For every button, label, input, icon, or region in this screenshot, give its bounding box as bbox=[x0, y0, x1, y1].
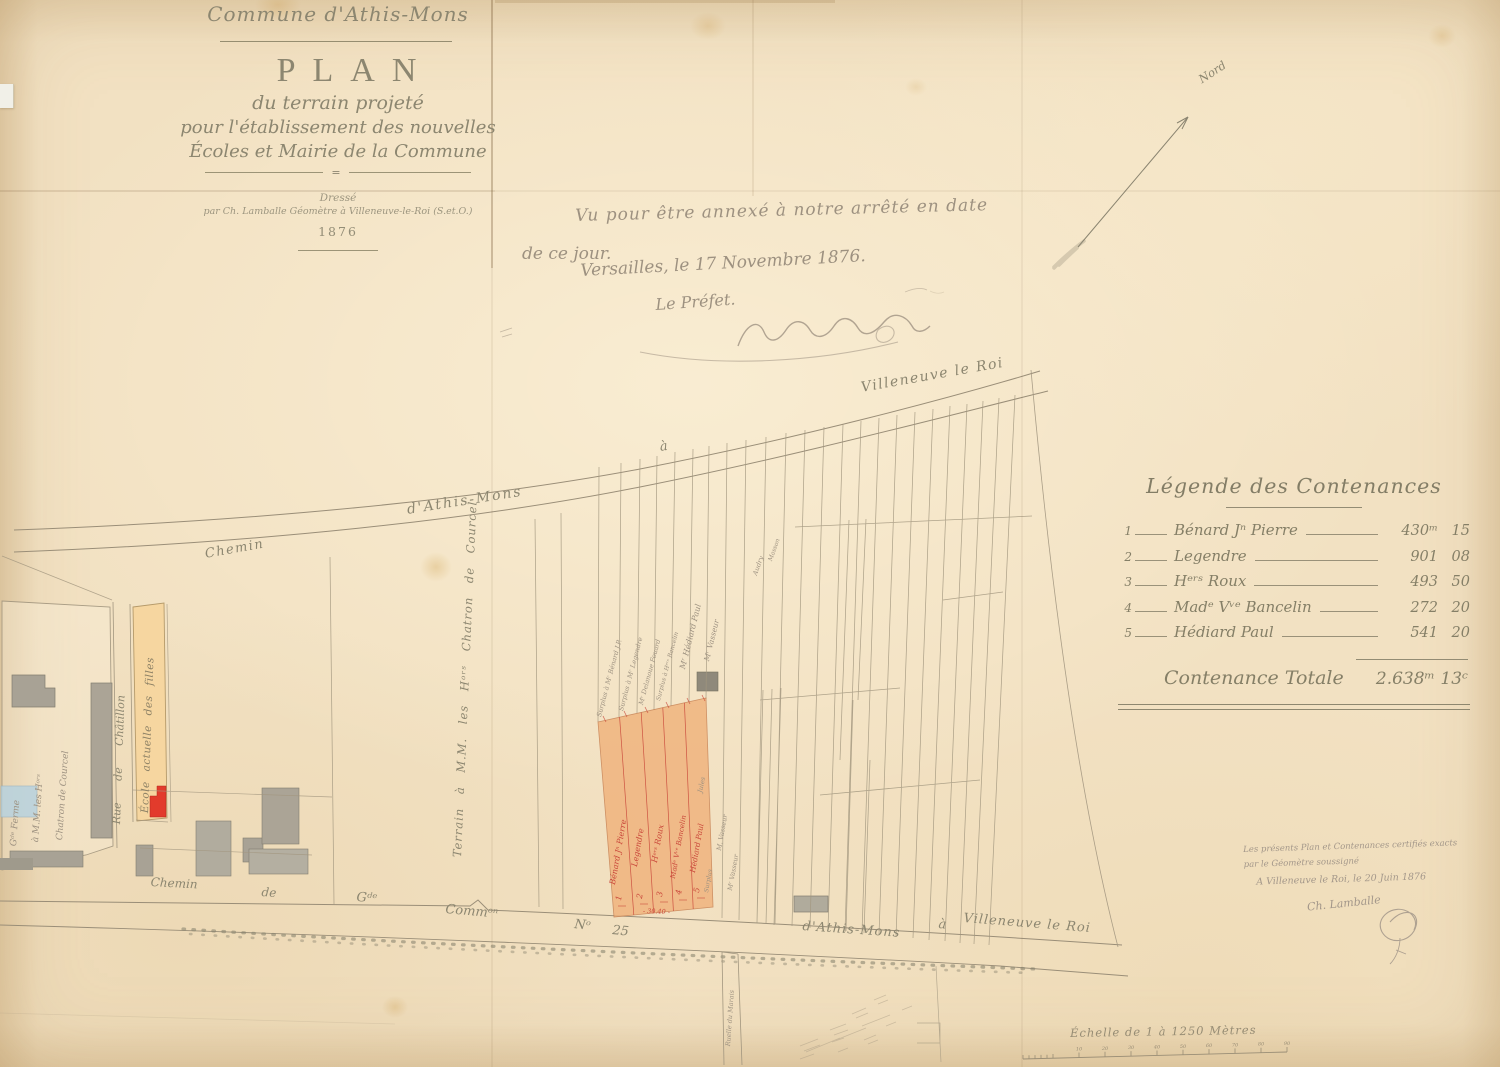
owner-name: Madᵉ Vᵛᵉ Bancelin bbox=[1174, 598, 1312, 616]
scale-tick-label: 30 bbox=[1128, 1045, 1135, 1051]
scale-tick-labels: 10 20 30 40 50 60 70 80 90 bbox=[1076, 1041, 1291, 1053]
leader-line bbox=[1320, 611, 1378, 612]
owner-name: Hᵉʳˢ Roux bbox=[1174, 572, 1246, 590]
area-cent: 50 bbox=[1438, 574, 1470, 590]
bottom-road-label: de bbox=[261, 886, 277, 899]
legend-row: 1 Bénard Jⁿ Pierre 430ᵐ 15 bbox=[1118, 521, 1470, 547]
parcel-lines bbox=[330, 370, 1118, 947]
year-label: 1876 bbox=[172, 224, 504, 239]
scale-tick-label: 40 bbox=[1153, 1045, 1161, 1051]
leader-line bbox=[1135, 636, 1167, 637]
legend-total-row: Contenance Totale 2.638ᵐ 13ᶜ bbox=[1118, 667, 1470, 689]
bottom-road-label: Gᵈᵉ bbox=[356, 891, 377, 905]
parcel-number: 5 bbox=[1118, 626, 1132, 640]
leader-line bbox=[1254, 585, 1378, 586]
parcel-number: 1 bbox=[1118, 524, 1132, 538]
legend-contenances: Légende des Contenances 1 Bénard Jⁿ Pier… bbox=[1118, 474, 1470, 710]
area-m2: 541 bbox=[1388, 625, 1438, 641]
legend-row: 4 Madᵉ Vᵛᵉ Bancelin 272 20 bbox=[1118, 598, 1470, 624]
scale-tick-label: 20 bbox=[1101, 1046, 1109, 1052]
legend-double-rule bbox=[1118, 704, 1470, 710]
bottom-road-label: Nᵒ bbox=[574, 918, 592, 933]
scale-tick-label: 70 bbox=[1232, 1042, 1239, 1048]
area-cent: 08 bbox=[1438, 549, 1470, 565]
area-cent: 15 bbox=[1438, 523, 1470, 539]
surveyor-line: par Ch. Lamballe Géomètre à Villeneuve-l… bbox=[172, 206, 504, 217]
leader-line bbox=[1282, 636, 1378, 637]
right-boundary bbox=[1031, 370, 1118, 947]
tree-row bbox=[190, 934, 1030, 973]
parcel-number: 4 bbox=[1118, 601, 1132, 615]
scale-tick-label: 90 bbox=[1284, 1041, 1291, 1047]
legend-row: 3 Hᵉʳˢ Roux 493 50 bbox=[1118, 572, 1470, 598]
subtitle-line3: Écoles et Mairie de la Commune bbox=[172, 141, 504, 162]
owner-name: Hédiard Paul bbox=[1174, 623, 1274, 641]
bottom-road-label: 25 bbox=[612, 924, 630, 939]
dimension-label: - 30.40 - bbox=[643, 908, 670, 915]
scale-bar: 10 20 30 40 50 60 70 80 90 bbox=[1023, 1041, 1291, 1059]
subtitle-line1: du terrain projeté bbox=[172, 92, 504, 114]
north-arrow bbox=[1054, 117, 1188, 268]
title-block: Commune d'Athis-Mons PLAN du terrain pro… bbox=[172, 0, 504, 272]
scale-tick-label: 80 bbox=[1258, 1042, 1265, 1048]
scale-tick-label: 10 bbox=[1076, 1047, 1083, 1053]
area-m2: 430ᵐ bbox=[1388, 523, 1438, 539]
bottom-road bbox=[0, 900, 1128, 1065]
parcel-number: 2 bbox=[1118, 550, 1132, 564]
legend-row: 5 Hédiard Paul 541 20 bbox=[1118, 623, 1470, 649]
leader-line bbox=[1135, 585, 1167, 586]
parcel-number: 3 bbox=[1118, 575, 1132, 589]
legend-underline bbox=[1226, 507, 1362, 508]
bottom-road-label: Chemin bbox=[150, 876, 198, 890]
bottom-road-label: à bbox=[938, 918, 947, 932]
owner-name: Legendre bbox=[1174, 547, 1247, 565]
area-m2: 272 bbox=[1388, 600, 1438, 616]
scale-tick-label: 50 bbox=[1180, 1044, 1187, 1050]
area-cent: 20 bbox=[1438, 600, 1470, 616]
title-rule bbox=[220, 41, 452, 42]
surveyor-signature-flourish bbox=[1380, 909, 1416, 964]
total-label: Contenance Totale bbox=[1164, 667, 1344, 689]
leader-line bbox=[1135, 560, 1167, 561]
decorative-rule: = bbox=[172, 172, 504, 173]
leader-line bbox=[1135, 534, 1167, 535]
short-rule bbox=[298, 250, 378, 251]
surveyor-certification: Les présents Plan et Contenances certifi… bbox=[1243, 836, 1483, 917]
legend-rows: 1 Bénard Jⁿ Pierre 430ᵐ 15 2 Legendre 90… bbox=[1118, 521, 1470, 649]
area-cent: 20 bbox=[1438, 625, 1470, 641]
leader-line bbox=[1306, 534, 1378, 535]
commune-title: Commune d'Athis-Mons bbox=[172, 2, 504, 26]
plan-title: PLAN bbox=[172, 52, 521, 90]
subtitle-line2: pour l'établissement des nouvelles bbox=[172, 117, 504, 138]
scanned-cadastral-plan: 10 20 30 40 50 60 70 80 90 Commune d'Ath… bbox=[0, 0, 1500, 1067]
legend-row: 2 Legendre 901 08 bbox=[1118, 547, 1470, 573]
leader-line bbox=[1135, 611, 1167, 612]
dresse-label: Dressé bbox=[172, 192, 504, 204]
small-dark-building bbox=[697, 672, 718, 691]
owner-name: Bénard Jⁿ Pierre bbox=[1174, 521, 1298, 539]
top-road-label: à bbox=[659, 440, 668, 454]
scale-tick-label: 60 bbox=[1206, 1043, 1213, 1049]
area-m2: 901 bbox=[1388, 549, 1438, 565]
total-value: 2.638ᵐ 13ᶜ bbox=[1376, 669, 1468, 689]
legend-title: Légende des Contenances bbox=[1118, 474, 1470, 498]
area-m2: 493 bbox=[1388, 574, 1438, 590]
total-rule bbox=[1356, 659, 1468, 660]
leader-line bbox=[1255, 560, 1378, 561]
